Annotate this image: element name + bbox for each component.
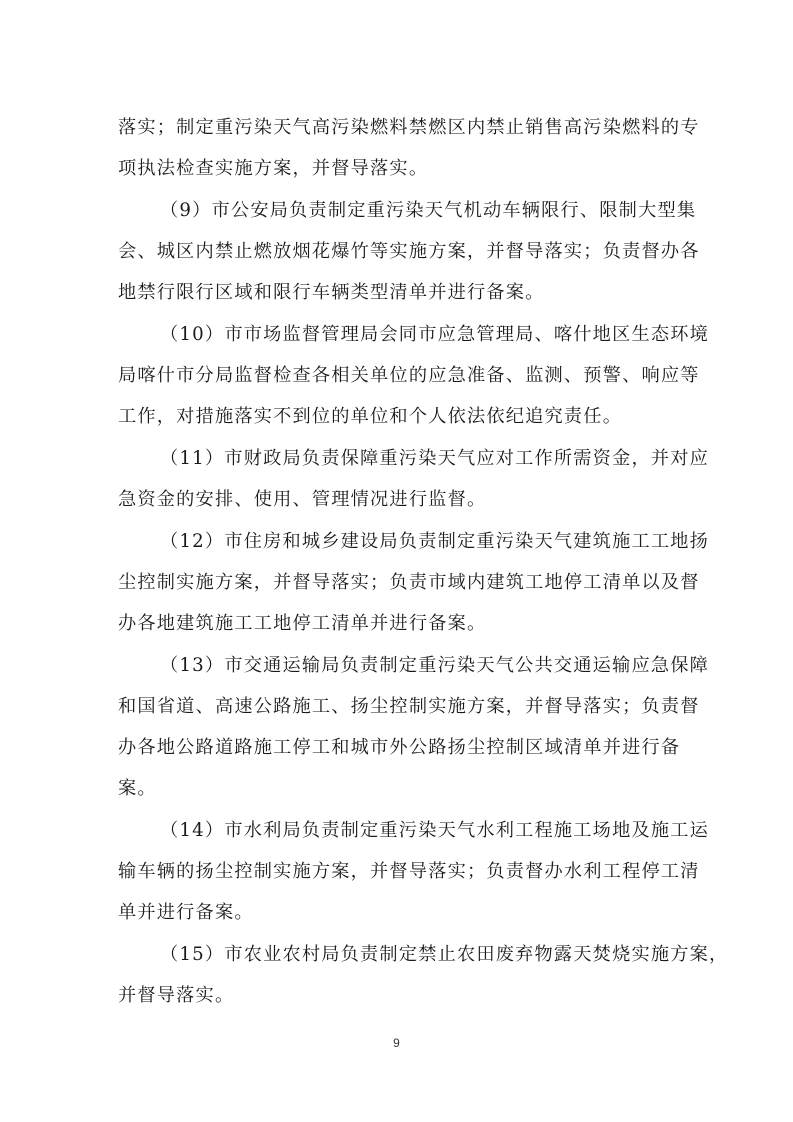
paragraph-line: 单并进行备案。 <box>118 900 678 926</box>
paragraph-line: 会、城区内禁止燃放烟花爆竹等实施方案，并督导落实；负责督办各 <box>118 239 678 265</box>
document-page: 落实；制定重污染天气高污染燃料禁燃区内禁止销售高污染燃料的专 项执法检查实施方案… <box>0 0 793 1122</box>
paragraph-line: 项执法检查实施方案，并督导落实。 <box>118 156 678 182</box>
paragraph-line: 急资金的安排、使用、管理情况进行监督。 <box>118 487 678 513</box>
page-number: 9 <box>0 1036 793 1050</box>
paragraph-line: 输车辆的扬尘控制实施方案，并督导落实；负责督办水利工程停工清 <box>118 859 678 885</box>
paragraph-line: 和国省道、高速公路施工、扬尘控制实施方案，并督导落实；负责督 <box>118 694 678 720</box>
paragraph-line: 工作，对措施落实不到位的单位和个人依法依纪追究责任。 <box>118 404 678 430</box>
paragraph-line: 落实；制定重污染天气高污染燃料禁燃区内禁止销售高污染燃料的专 <box>118 115 678 141</box>
paragraph-line: （10）市市场监督管理局会同市应急管理局、喀什地区生态环境 <box>160 322 678 348</box>
paragraph-line: 地禁行限行区域和限行车辆类型清单并进行备案。 <box>118 280 678 306</box>
paragraph-line: （13）市交通运输局负责制定重污染天气公共交通运输应急保障 <box>160 653 678 679</box>
paragraph-line: （12）市住房和城乡建设局负责制定重污染天气建筑施工工地扬 <box>160 529 678 555</box>
paragraph-line: 案。 <box>118 776 678 802</box>
paragraph-line: 办各地建筑施工工地停工清单并进行备案。 <box>118 611 678 637</box>
paragraph-line: （14）市水利局负责制定重污染天气水利工程施工场地及施工运 <box>160 818 678 844</box>
paragraph-line: 局喀什市分局监督检查各相关单位的应急准备、监测、预警、响应等 <box>118 363 678 389</box>
paragraph-line: 尘控制实施方案，并督导落实；负责市域内建筑工地停工清单以及督 <box>118 570 678 596</box>
paragraph-line: 并督导落实。 <box>118 983 678 1009</box>
paragraph-line: （11）市财政局负责保障重污染天气应对工作所需资金，并对应 <box>160 446 678 472</box>
paragraph-line: 办各地公路道路施工停工和城市外公路扬尘控制区域清单并进行备 <box>118 735 678 761</box>
paragraph-line: （15）市农业农村局负责制定禁止农田废弃物露天焚烧实施方案， <box>160 942 678 968</box>
paragraph-line: （9）市公安局负责制定重污染天气机动车辆限行、限制大型集 <box>160 198 678 224</box>
